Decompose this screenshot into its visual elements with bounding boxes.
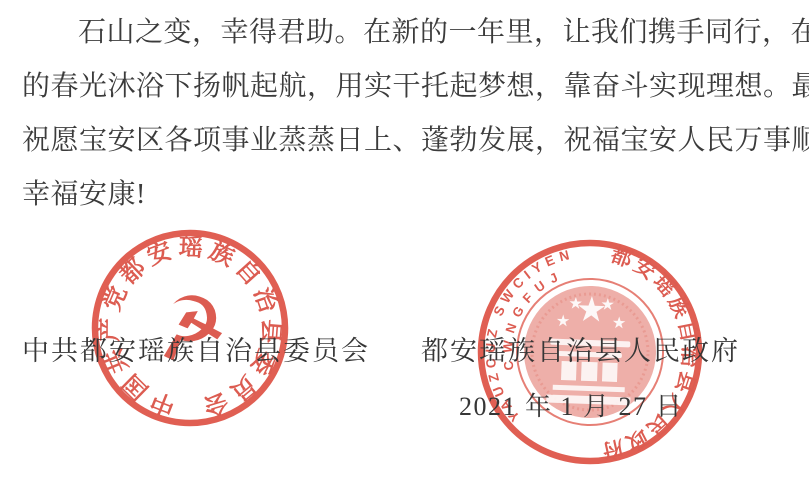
- signature-date: 2021 年 1 月 27 日: [459, 386, 683, 423]
- paragraph-line: 的春光沐浴下扬帆起航，用实干托起梦想，靠奋斗实现理想。最后，: [22, 60, 792, 114]
- paragraph-line: 石山之变，幸得君助。在新的一年里，让我们携手同行，在党: [22, 6, 792, 60]
- document-page: 石山之变，幸得君助。在新的一年里，让我们携手同行，在党 的春光沐浴下扬帆起航，用…: [0, 0, 809, 487]
- party-committee-seal: 中国共产党都安瑶族自治县委员会 ☭: [72, 210, 308, 446]
- signature-right-org: 都安瑶族自治县人民政府: [421, 329, 740, 368]
- paragraph-line: 幸福安康!: [22, 168, 792, 222]
- signature-left-org: 中共都安瑶族自治县委员会: [22, 329, 370, 368]
- body-paragraph: 石山之变，幸得君助。在新的一年里，让我们携手同行，在党 的春光沐浴下扬帆起航，用…: [22, 6, 792, 222]
- paragraph-line: 祝愿宝安区各项事业蒸蒸日上、蓬勃发展，祝福宝安人民万事顺意、: [22, 114, 792, 168]
